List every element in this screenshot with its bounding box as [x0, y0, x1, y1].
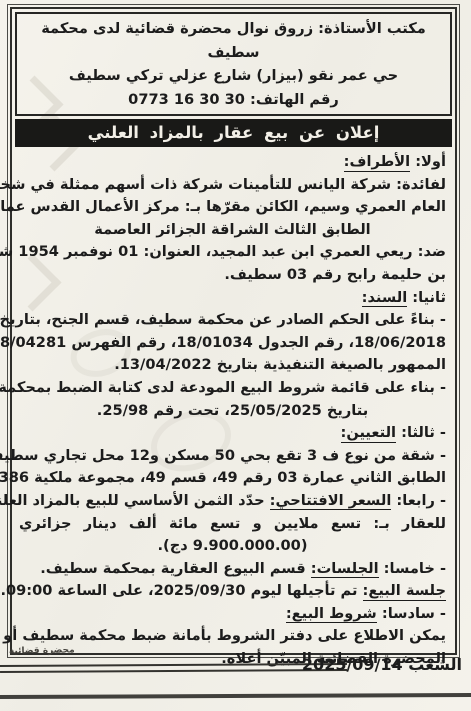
document-line: - بناء على قائمة شروط البيع المودعة لدى … [19, 377, 446, 400]
line-text: 18/06/2018، رقم الجدول 18/01034، رقم الف… [0, 334, 446, 351]
document-line: - ثالثا: التعيين: [19, 422, 446, 445]
line-text: (9.900.000.00 دج). [157, 537, 307, 554]
line-heading-underlined: التعيين: [341, 424, 397, 443]
document-line: يمكن الاطلاع على دفتر الشروط بأمانة ضبط … [19, 625, 446, 648]
line-text: بن حليمة رابح رقم 03 سطيف. [224, 266, 446, 283]
auction-banner-title: إعلان عن بيع عقار بالمزاد العلني [15, 119, 452, 147]
document-line: الطابق الثاني عمارة 03 رقم 49، قسم 49، م… [19, 467, 446, 490]
newspaper-name: الشعب [408, 655, 462, 674]
line-text: أولا: [410, 153, 446, 170]
document-line: العام العمري وسيم، الكائن مقرّها بـ: مرك… [19, 196, 446, 219]
document-line: جلسة البيع: تم تأجيلها ليوم 2025/09/30، … [19, 580, 446, 603]
document-frame: مكتب الأستاذة: زروق نوال محضرة قضائية لد… [7, 4, 460, 658]
line-text: يمكن الاطلاع على دفتر الشروط بأمانة ضبط … [0, 627, 446, 644]
publication-date: 2025/09/14 [302, 655, 403, 674]
document-line: بن حليمة رابح رقم 03 سطيف. [19, 264, 446, 287]
line-text: حدّد الثمن الأساسي للبيع بالمزاد العلني [0, 492, 270, 509]
line-text: لفائدة: شركة اليانس للتأمينات شركة ذات أ… [0, 176, 446, 193]
document-line: أولا: الأطراف: [19, 151, 446, 174]
line-text: - رابعا: [391, 492, 446, 509]
document-line: للعقار بـ: تسع ملايين و تسع مائة ألف دين… [19, 513, 446, 536]
line-text: العام العمري وسيم، الكائن مقرّها بـ: مرك… [0, 198, 446, 215]
document-line: - سادسا: شروط البيع: [19, 603, 446, 626]
line-text: بتاريخ 25/05/2025، تحت رقم 25/98. [97, 402, 368, 419]
document-line: - رابعا: السعر الافتتاحي: حدّد الثمن الأ… [19, 490, 446, 513]
line-text: قسم البيوع العقارية بمحكمة سطيف. [40, 560, 311, 577]
line-text: الطابق الثالث الشراقة الجزائر العاصمة [94, 221, 370, 238]
line-text: الطابق الثاني عمارة 03 رقم 49، قسم 49، م… [0, 469, 446, 486]
document-line: - بناءً على الحكم الصادر عن محكمة سطيف، … [19, 309, 446, 332]
line-text: - ثالثا: [396, 424, 446, 441]
document-line: ضد: ريعي العمري ابن عبد المجيد، العنوان:… [19, 241, 446, 264]
document-frame-inner: مكتب الأستاذة: زروق نوال محضرة قضائية لد… [10, 7, 457, 655]
phone-label: رقم الهاتف: [245, 91, 339, 108]
line-heading-underlined: شروط البيع: [286, 605, 377, 624]
line-text: - بناءً على الحكم الصادر عن محكمة سطيف، … [0, 311, 446, 328]
office-address-line: حي عمر نقو (بيزار) شارع عزلي تركي سطيف [19, 64, 448, 88]
line-heading-underlined: السند: [362, 289, 408, 308]
line-text: ضد: ريعي العمري ابن عبد المجيد، العنوان:… [0, 243, 446, 260]
phone-number: 0773 16 30 30 [128, 91, 245, 108]
body-lines: أولا: الأطراف:لفائدة: شركة اليانس للتأمي… [14, 149, 453, 671]
document-line: لفائدة: شركة اليانس للتأمينات شركة ذات أ… [19, 174, 446, 197]
line-text: - بناء على قائمة شروط البيع المودعة لدى … [0, 379, 446, 396]
document-line: 18/06/2018، رقم الجدول 18/01034، رقم الف… [19, 332, 446, 355]
line-text: الممهور بالصيغة التنفيذية بتاريخ 13/04/2… [114, 356, 446, 373]
line-text: تم تأجيلها ليوم 2025/09/30، على الساعة 0… [0, 582, 362, 599]
document-line: - شقة من نوع ف 3 تقع بحي 50 مسكن و12 محل… [19, 445, 446, 468]
document-line: - خامسا: الجلسات: قسم البيوع العقارية بم… [19, 558, 446, 581]
line-text: - شقة من نوع ف 3 تقع بحي 50 مسكن و12 محل… [0, 447, 446, 464]
office-name-line: مكتب الأستاذة: زروق نوال محضرة قضائية لد… [19, 17, 448, 64]
newspaper-date-line: الشعب 2025/09/14 [302, 655, 462, 674]
bailiff-office-header: مكتب الأستاذة: زروق نوال محضرة قضائية لد… [15, 12, 452, 116]
line-text: - سادسا: [377, 605, 446, 622]
bailiff-stamp: محضرة قضائية [9, 645, 75, 656]
line-heading-underlined: الجلسات: [311, 560, 379, 579]
line-heading-underlined: السعر الافتتاحي: [270, 492, 392, 511]
document-line: الممهور بالصيغة التنفيذية بتاريخ 13/04/2… [19, 354, 446, 377]
scanned-auction-notice: مكتب الأستاذة: زروق نوال محضرة قضائية لد… [0, 0, 471, 711]
line-text: للعقار بـ: تسع ملايين و تسع مائة ألف دين… [19, 515, 446, 532]
footer-divider [0, 663, 347, 673]
document-line: بتاريخ 25/05/2025، تحت رقم 25/98. [19, 400, 446, 423]
document-line: ثانيا: السند: [19, 287, 446, 310]
page-bottom-rule [0, 693, 471, 699]
document-line: الطابق الثالث الشراقة الجزائر العاصمة [19, 219, 446, 242]
office-phone-line: رقم الهاتف: 0773 16 30 30 [19, 88, 448, 112]
line-heading-underlined: الأطراف: [344, 153, 410, 172]
line-heading-underlined: جلسة البيع: [363, 582, 446, 601]
line-text: - خامسا: [379, 560, 446, 577]
line-text: ثانيا: [407, 289, 446, 306]
document-line: (9.900.000.00 دج). [19, 535, 446, 558]
